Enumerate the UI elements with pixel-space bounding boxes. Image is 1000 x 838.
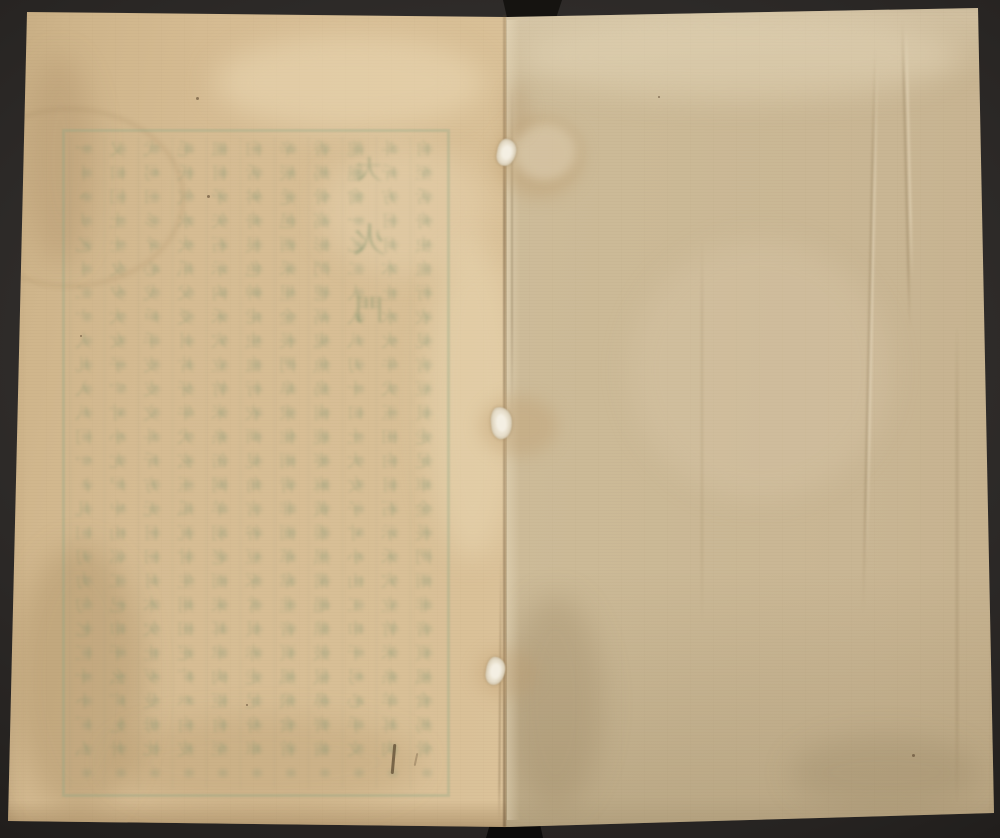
cradle-strap-top: [503, 0, 562, 18]
book-scan: 一丨丶丿乙亅二亠人儿入八冂冖冫几凵刀力勹匕匚十卜厂厶又口囗土士夂夕大女子宀寸小尢…: [0, 0, 1000, 838]
